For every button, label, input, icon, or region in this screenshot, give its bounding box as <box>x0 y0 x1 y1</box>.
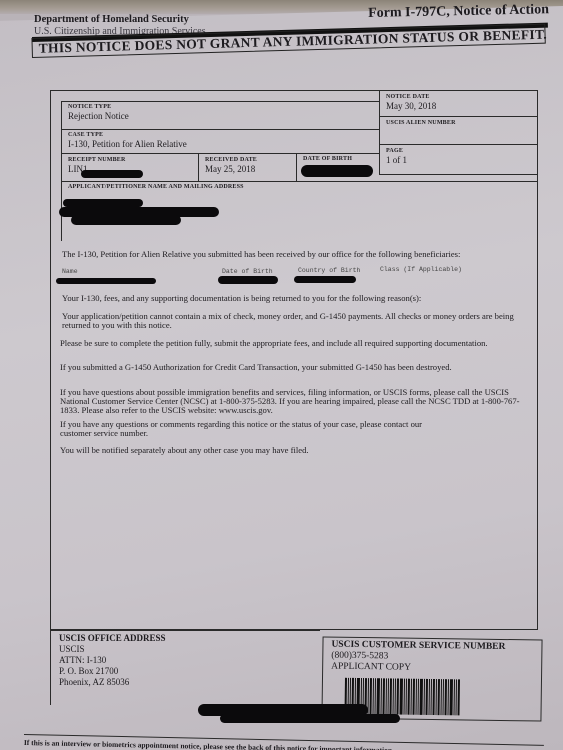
office-address-line: USCIS <box>59 644 312 655</box>
received-date-label: RECEIVED DATE <box>205 157 290 163</box>
col-class: Class (If Applicable) <box>380 266 462 273</box>
notice-date-label: NOTICE DATE <box>386 94 531 100</box>
office-address-line: P. O. Box 21700 <box>59 666 312 677</box>
redacted-name <box>63 199 143 207</box>
redacted-city <box>71 215 181 225</box>
notice-type-cell: NOTICE TYPE Rejection Notice <box>61 101 379 129</box>
beneficiaries-intro: The I-130, Petition for Alien Relative y… <box>62 250 532 259</box>
agency-name: Department of Homeland Security <box>34 14 189 25</box>
office-address-box: USCIS OFFICE ADDRESS USCIS ATTN: I-130 P… <box>50 630 320 705</box>
separate-notification: You will be notified separately about an… <box>60 446 530 455</box>
office-address-line: Phoenix, AZ 85036 <box>59 677 312 688</box>
contact-customer-service: If you have any questions or comments re… <box>60 420 440 438</box>
notice-date-value: May 30, 2018 <box>386 101 531 111</box>
notice-type-value: Rejection Notice <box>68 111 373 121</box>
redacted-beneficiary-name <box>56 278 156 284</box>
reason-g1450-destroyed: If you submitted a G-1450 Authorization … <box>60 363 530 372</box>
case-type-value: I-130, Petition for Alien Relative <box>68 139 373 149</box>
date-of-birth-label: DATE OF BIRTH <box>303 156 373 162</box>
redacted-receipt <box>81 170 143 178</box>
page-value: 1 of 1 <box>386 155 531 165</box>
applicant-label: APPLICANT/PETITIONER NAME AND MAILING AD… <box>68 184 531 190</box>
receipt-number-label: RECEIPT NUMBER <box>68 157 192 163</box>
contact-ncsc: If you have questions about possible imm… <box>60 388 530 415</box>
received-date-value: May 25, 2018 <box>205 164 290 174</box>
col-dob: Date of Birth <box>222 268 273 275</box>
notice-type-label: NOTICE TYPE <box>68 104 373 110</box>
notice-form-frame: NOTICE TYPE Rejection Notice NOTICE DATE… <box>50 90 538 630</box>
office-address-heading: USCIS OFFICE ADDRESS <box>59 633 312 644</box>
col-country: Country of Birth <box>298 267 360 274</box>
page-cell: PAGE 1 of 1 <box>379 145 537 175</box>
alien-number-label: USCIS ALIEN NUMBER <box>386 120 531 126</box>
redacted-beneficiary-country <box>294 276 356 283</box>
reason-complete-petition: Please be sure to complete the petition … <box>60 339 530 348</box>
copy-type: APPLICANT COPY <box>331 662 533 676</box>
redacted-beneficiary-dob <box>218 276 278 284</box>
notice-date-cell: NOTICE DATE May 30, 2018 <box>379 91 537 117</box>
case-type-label: CASE TYPE <box>68 132 373 138</box>
reason-intro: Your I-130, fees, and any supporting doc… <box>62 294 532 303</box>
barcode <box>345 678 515 716</box>
page-label: PAGE <box>386 148 531 154</box>
redacted-dob <box>301 165 373 177</box>
redacted-footer-info <box>220 714 400 723</box>
col-name: Name <box>62 268 78 275</box>
received-date-cell: RECEIVED DATE May 25, 2018 <box>199 153 297 181</box>
case-type-cell: CASE TYPE I-130, Petition for Alien Rela… <box>61 129 379 153</box>
reason-mixed-payments: Your application/petition cannot contain… <box>62 312 532 330</box>
office-address-line: ATTN: I-130 <box>59 655 312 666</box>
alien-number-cell: USCIS ALIEN NUMBER <box>379 117 537 145</box>
